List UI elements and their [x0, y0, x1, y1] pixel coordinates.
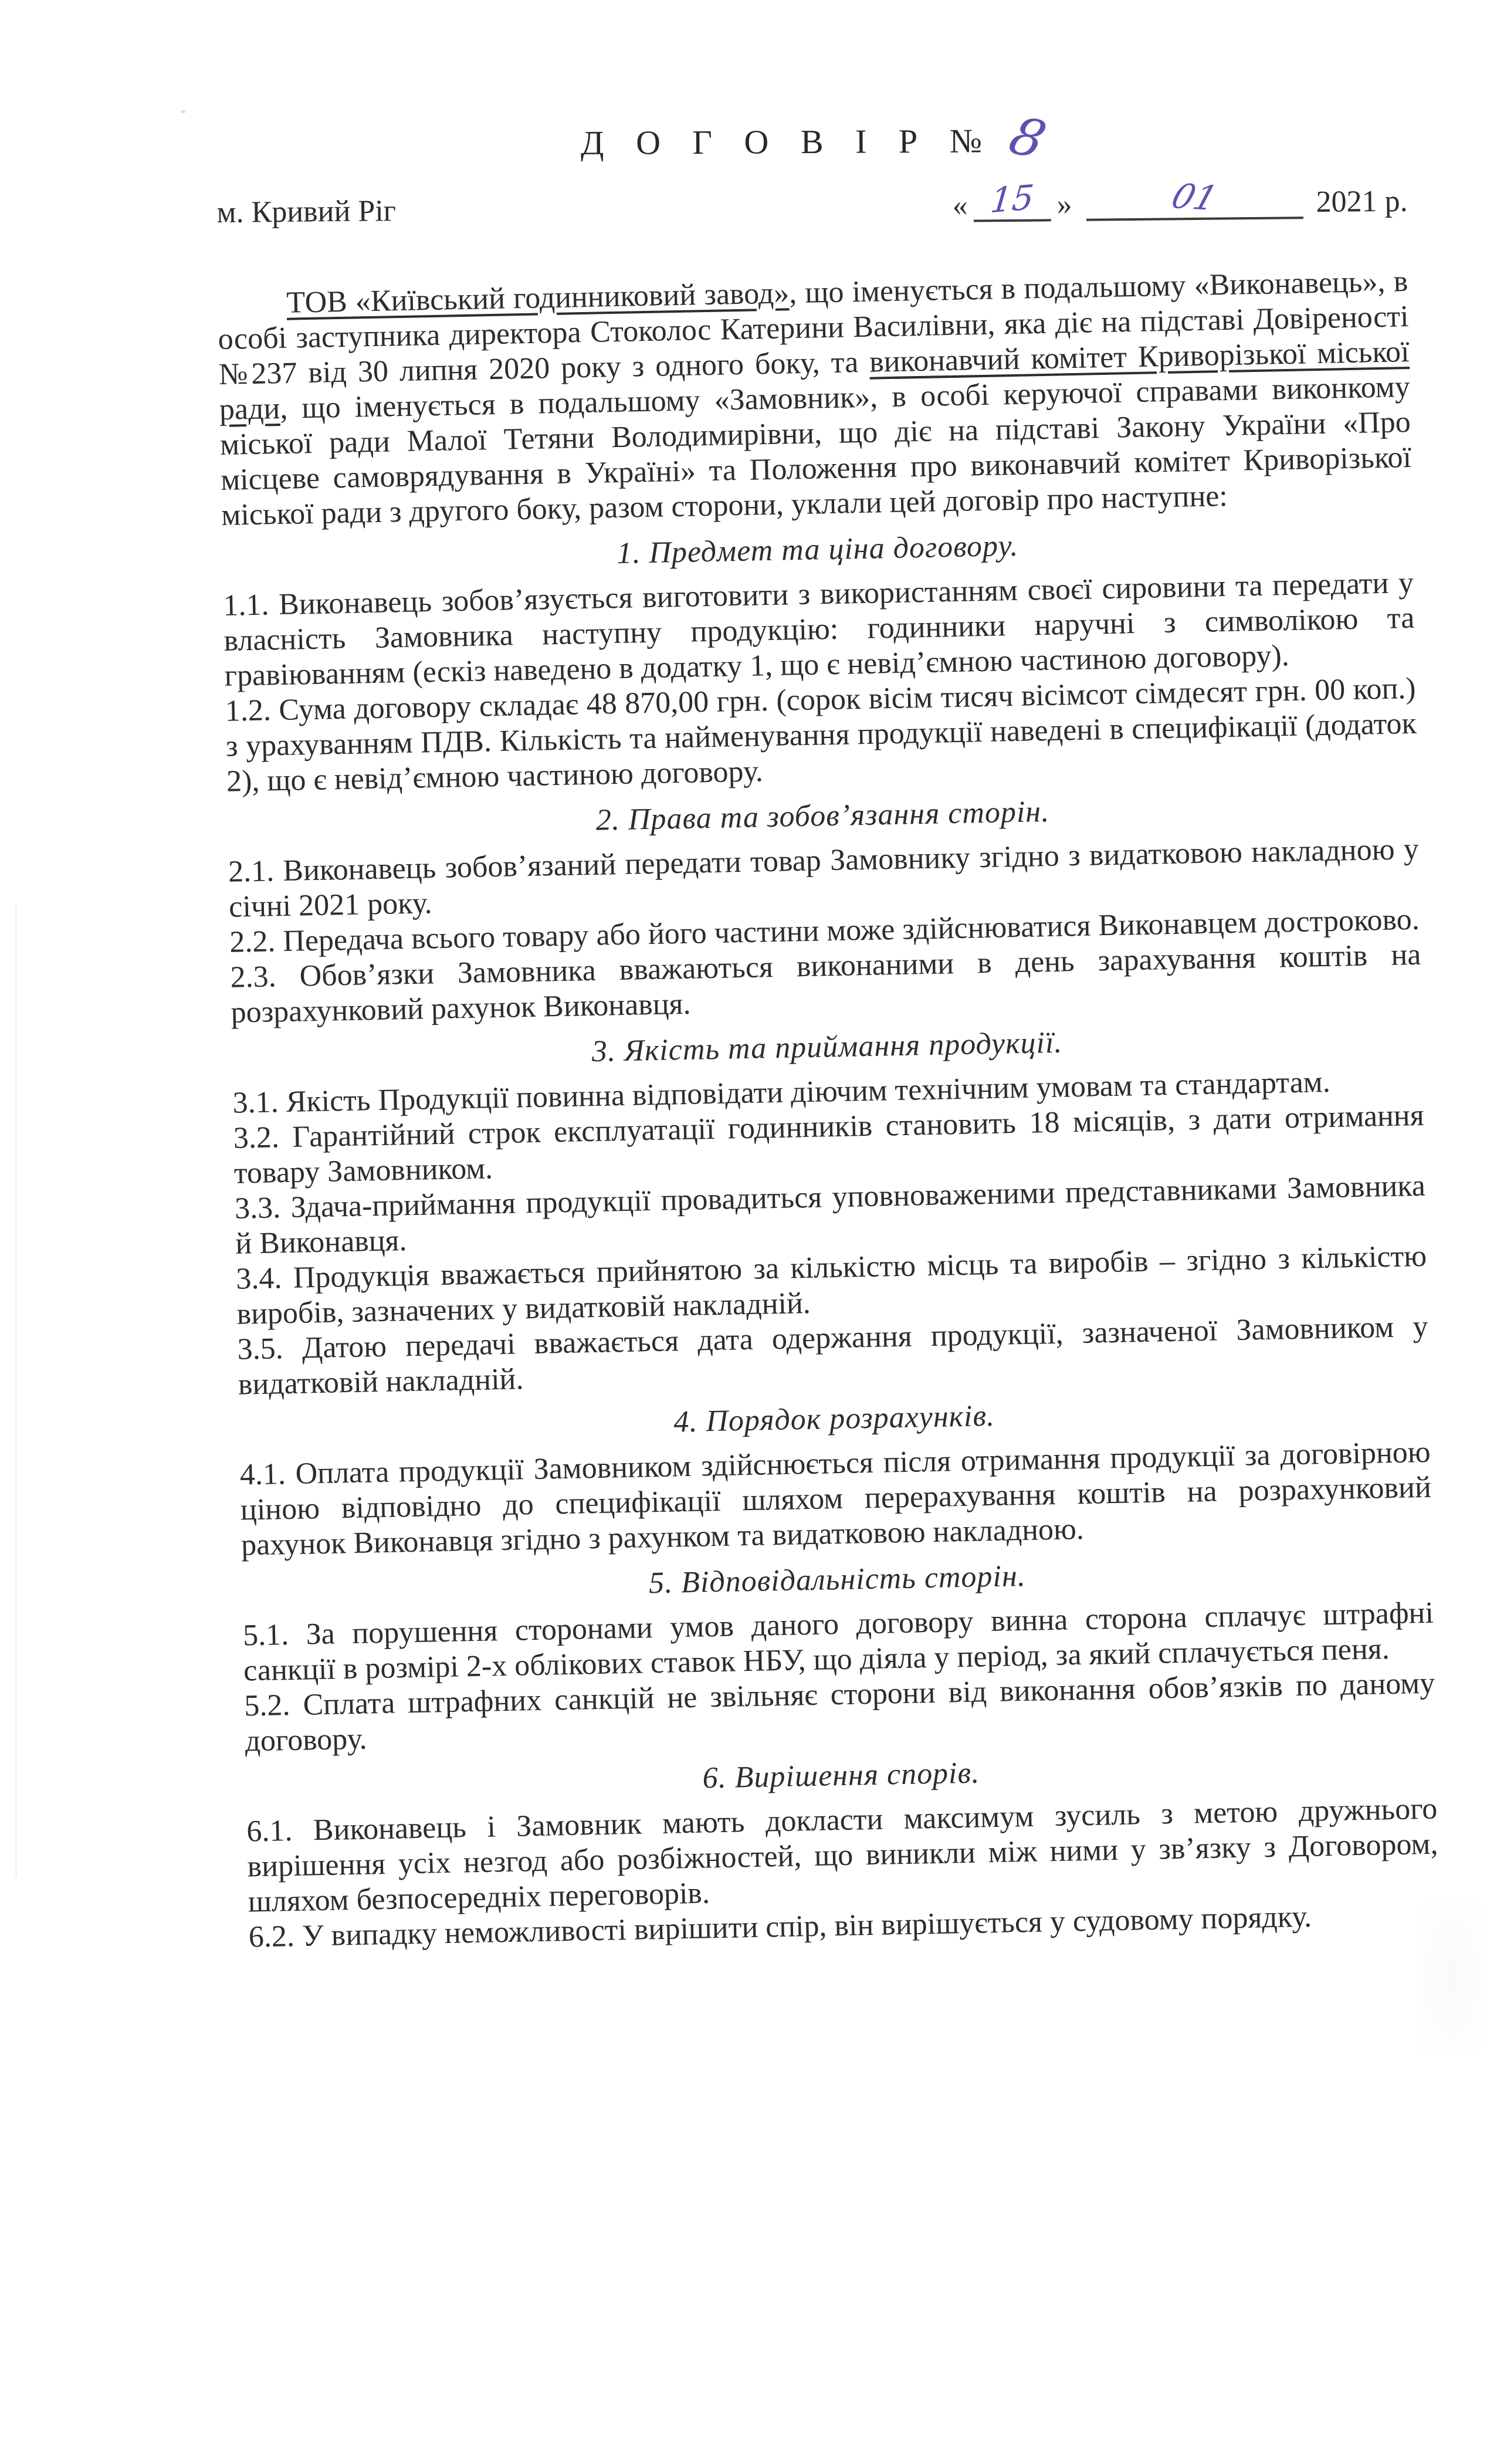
contract-body: ТОВ «Київський годинниковий завод», що і… — [217, 264, 1440, 1955]
scan-speck-artifact — [181, 110, 185, 113]
title-label: Д О Г О В І Р № — [581, 121, 994, 162]
city-label: м. Кривий Ріг — [216, 194, 396, 231]
date-day-blank: 15 — [973, 187, 1051, 222]
quote-open: « — [952, 189, 968, 222]
date-line: «15»012021 р. — [952, 184, 1408, 224]
document-title: Д О Г О В І Р №8 — [217, 121, 1408, 165]
scanned-contract-page: Д О Г О В І Р №8 м. Кривий Ріг «15»01202… — [0, 0, 1497, 2464]
intro-paragraph: ТОВ «Київський годинниковий завод», що і… — [217, 264, 1413, 533]
scan-edge-artifact — [15, 903, 17, 1877]
clause-1-2: 1.2. Сума договору складає 48 870,00 грн… — [225, 671, 1417, 800]
date-year: 2021 р. — [1316, 185, 1408, 219]
date-month-handwritten: 01 — [1168, 179, 1222, 215]
quote-close: » — [1056, 188, 1072, 221]
sections-container: 1. Предмет та ціна договору.1.1. Виконав… — [222, 521, 1440, 1955]
contract-number-handwritten: 8 — [1012, 134, 1044, 141]
document-header: м. Кривий Ріг «15»012021 р. — [216, 184, 1407, 231]
intro-text-4: , що іменується в подальшому «Замовник»,… — [220, 370, 1412, 532]
date-day-handwritten: 15 — [989, 180, 1035, 218]
clause-4-1: 4.1. Оплата продукції Замовником здійсню… — [239, 1435, 1432, 1563]
date-month-blank: 01 — [1086, 185, 1303, 221]
